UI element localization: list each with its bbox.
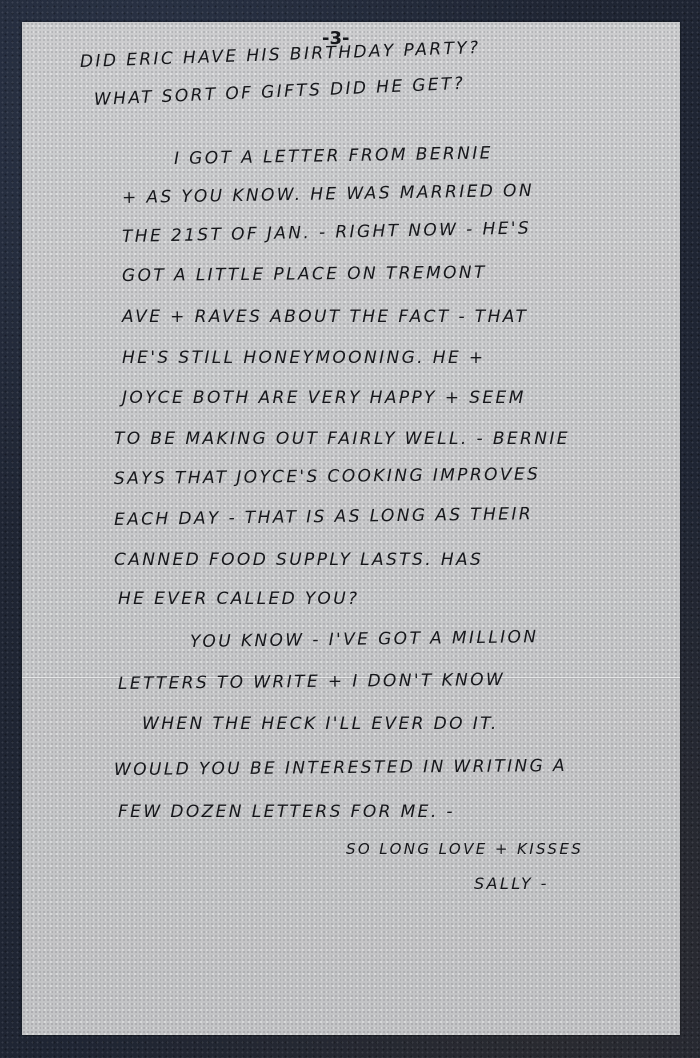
letter-line-19: few dozen letters for me. - <box>118 802 455 822</box>
letter-line-8: he's still honeymooning. He + <box>122 348 486 368</box>
letter-line-7: Ave + raves about the fact - that <box>122 307 528 327</box>
letter-line-1: Did Eric have his birthday party? <box>80 38 481 72</box>
letter-line-2: What sort of gifts did he get? <box>94 74 466 110</box>
letter-line-3: I got a letter from Bernie <box>174 143 493 169</box>
letter-line-15: You know - I've got a million <box>190 627 539 652</box>
letter-line-6: got a little place on Tremont <box>122 263 487 286</box>
letter-line-14: he ever called you? <box>118 589 359 609</box>
letter-line-18: Would you be interested in writing a <box>114 756 567 780</box>
letter-line-5: the 21st of Jan. - Right now - he's <box>122 218 532 247</box>
letter-line-16: letters to write + I don't know <box>118 670 505 694</box>
letter-signature: Sally - <box>474 874 549 893</box>
letter-line-4: + as you know. He was married on <box>122 181 534 208</box>
letter-line-13: canned food supply lasts. Has <box>114 550 483 570</box>
letter-page: -3- Did Eric have his birthday party? Wh… <box>22 22 680 1035</box>
letter-line-11: says that Joyce's cooking improves <box>114 465 540 489</box>
letter-line-9: Joyce both are very happy + seem <box>122 388 526 408</box>
letter-line-12: each day - that is as long as their <box>114 504 533 530</box>
letter-line-10: to be making out fairly well. - Bernie <box>114 429 570 449</box>
letter-line-17: when the heck I'll ever do it. <box>142 714 499 734</box>
letter-closing: So long Love + Kisses <box>346 840 583 858</box>
